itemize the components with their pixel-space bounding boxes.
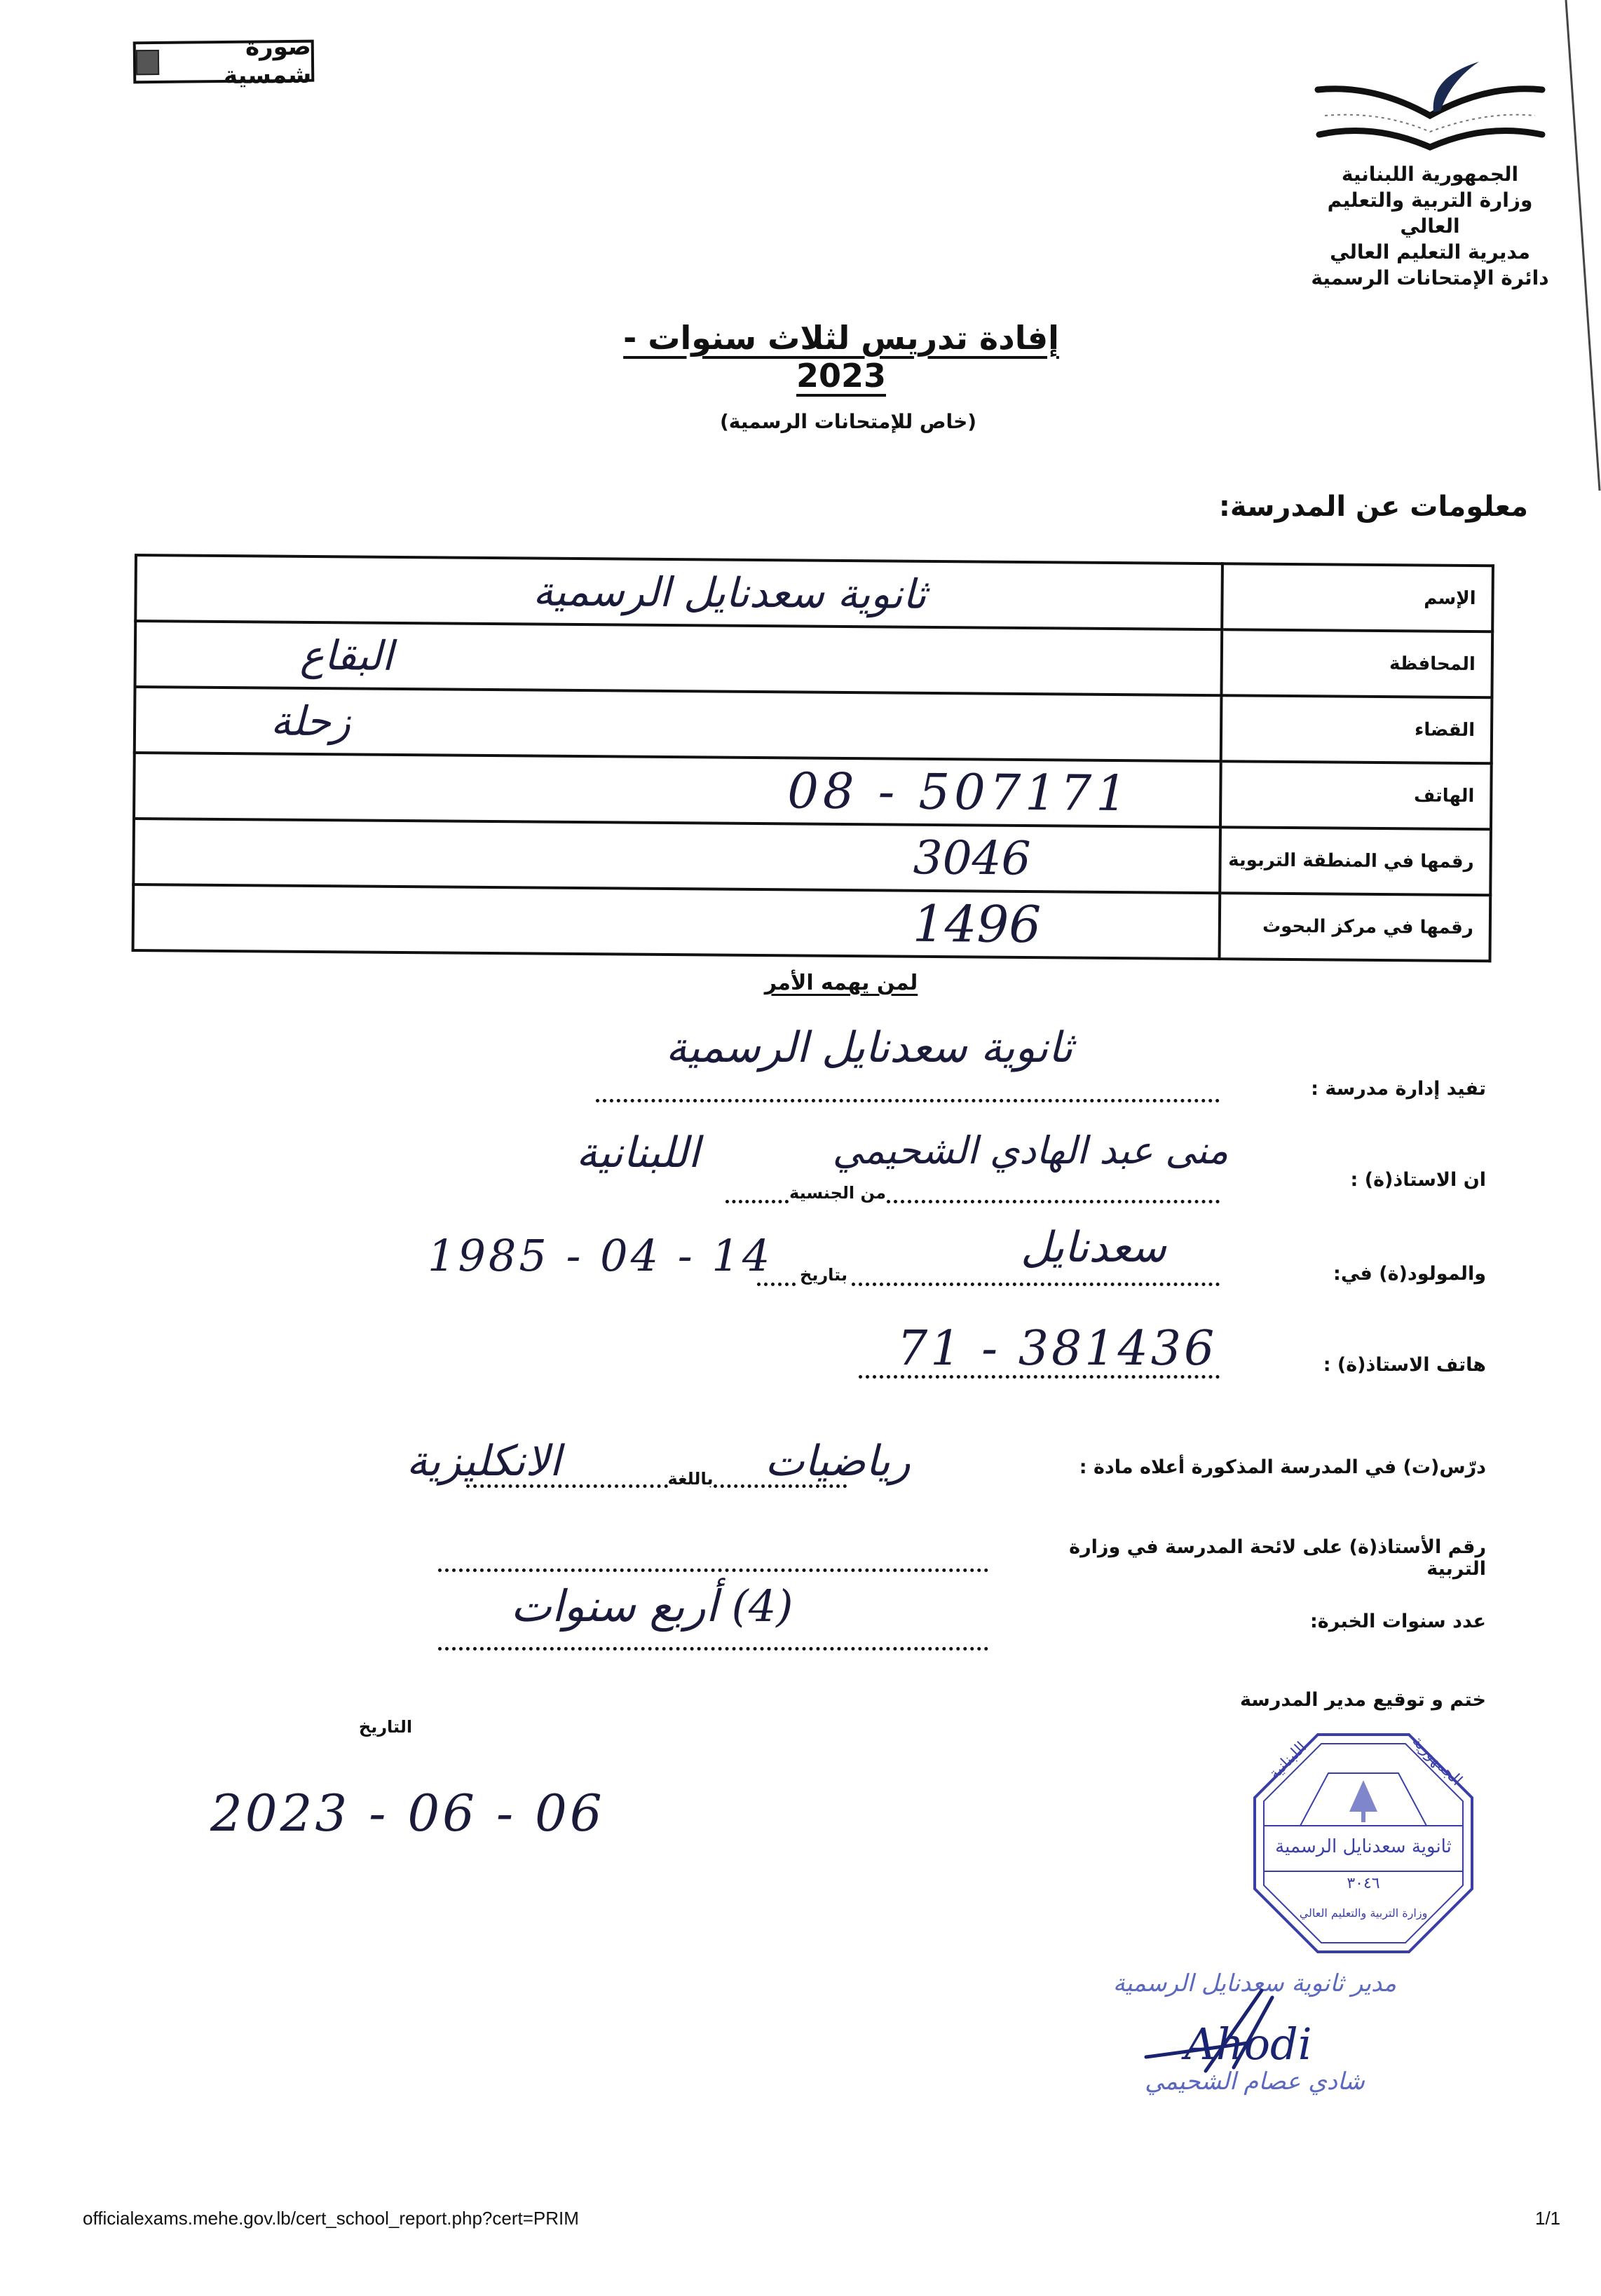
date-label: التاريخ: [336, 1717, 435, 1737]
birth-date-value: 1985 - 04 - 14: [428, 1230, 772, 1281]
nationality-dotted-line: [725, 1200, 789, 1203]
stamp-text-bottom: وزارة التربية والتعليم العالي: [1279, 1906, 1447, 1920]
birth-date-label: بتاريخ: [792, 1265, 855, 1285]
teacher-name-dotted-line: [887, 1200, 1220, 1203]
nationality-label: من الجنسية: [785, 1183, 890, 1203]
ministry-number-label: رقم الأستاذ(ة) على لائحة المدرسة في وزار…: [1016, 1536, 1486, 1580]
school-name-value: ثانوية سعدنايل الرسمية: [135, 555, 1222, 629]
table-row: 1496 رقمها في مركز البحوث: [133, 884, 1491, 961]
table-row: زحلة القضاء: [135, 687, 1492, 763]
school-stamp: اللبنانية الجمهورية ثانوية سعدنايل الرسم…: [1251, 1731, 1476, 1955]
table-row: البقاع المحافظة: [135, 621, 1493, 697]
governorate-value: البقاع: [135, 621, 1222, 695]
photo-box-label: صورة شمسية: [163, 33, 312, 90]
ministry-number-dotted-line: [438, 1569, 988, 1572]
stamp-signature-label: ختم و توقيع مدير المدرسة: [1192, 1689, 1486, 1711]
teacher-phone-label: هاتف الاستاذ(ة) :: [1192, 1354, 1486, 1376]
header-line-department: دائرة الإمتحانات الرسمية: [1304, 265, 1556, 291]
ministry-header: الجمهورية اللبنانية وزارة التربية والتعل…: [1304, 161, 1556, 291]
teacher-name-value: منى عبد الهادي الشحيمي: [813, 1128, 1248, 1173]
experience-value: (4) أربع سنوات: [407, 1580, 897, 1632]
page-edge-shadow: [1559, 0, 1601, 491]
document-subtitle: (خاص للإمتحانات الرسمية): [701, 410, 995, 433]
to-whom-it-may-concern: لمن يهمه الأمر: [701, 971, 981, 995]
teacher-phone-value: 71 - 381436: [897, 1321, 1217, 1376]
district-value: زحلة: [135, 687, 1222, 761]
language-value: الانكليزية: [294, 1437, 673, 1486]
school-admin-value: ثانوية سعدنايل الرسمية: [547, 1023, 1192, 1072]
table-row: 3046 رقمها في المنطقة التربوية: [133, 819, 1491, 895]
date-value: 2023 - 06 - 06: [210, 1784, 605, 1843]
school-phone-value: 08 - 507171: [134, 753, 1221, 827]
header-line-directorate: مديرية التعليم العالي: [1304, 239, 1556, 265]
birth-date-dotted-line: [757, 1283, 796, 1286]
school-name-label: الإسم: [1222, 563, 1493, 631]
regional-number-label: رقمها في المنطقة التربوية: [1220, 827, 1491, 895]
governorate-label: المحافظة: [1221, 629, 1492, 697]
experience-label: عدد سنوات الخبرة:: [1192, 1611, 1486, 1632]
document-title: إفادة تدريس لثلاث سنوات - 2023: [603, 319, 1079, 395]
regional-number-value: 3046: [133, 819, 1220, 893]
table-row: ثانوية سعدنايل الرسمية الإسم: [135, 555, 1493, 631]
birth-place-label: والمولود(ة) في:: [1192, 1263, 1486, 1285]
birth-place-value: سعدنايل: [953, 1223, 1234, 1272]
stamp-text-center: ثانوية سعدنايل الرسمية: [1265, 1836, 1462, 1857]
subject-value: رياضيات: [715, 1437, 960, 1486]
school-phone-label: الهاتف: [1220, 761, 1492, 829]
school-info-heading: معلومات عن المدرسة:: [1192, 491, 1528, 523]
signature-mark: Ahodi: [1185, 2018, 1312, 2070]
stamp-text-number: ٣٠٤٦: [1265, 1875, 1462, 1892]
language-label: باللغة: [666, 1469, 715, 1489]
photo-placeholder-box: صورة شمسية: [133, 40, 315, 84]
school-info-table: ثانوية سعدنايل الرسمية الإسم البقاع المح…: [132, 554, 1494, 962]
director-name: شادي عصام الشحيمي: [1115, 2068, 1395, 2096]
footer-page-number: 1/1: [1535, 2208, 1560, 2229]
district-label: القضاء: [1221, 695, 1492, 763]
research-center-number-label: رقمها في مركز البحوث: [1220, 893, 1491, 961]
school-admin-label: تفيد إدارة مدرسة :: [1192, 1078, 1486, 1100]
nationality-value: اللبنانية: [484, 1128, 792, 1177]
research-center-number-value: 1496: [133, 884, 1220, 959]
ministry-logo-book-quill-icon: [1311, 56, 1549, 154]
experience-dotted-line: [438, 1647, 988, 1651]
header-line-ministry: وزارة التربية والتعليم العالي: [1304, 187, 1556, 239]
taught-subject-label: درّس(ت) في المدرسة المذكورة أعلاه مادة :: [1016, 1456, 1486, 1478]
photo-icon: [136, 50, 160, 75]
director-signature-area: مدير ثانوية سعدنايل الرسمية Ahodi شادي ع…: [1072, 1962, 1437, 2103]
footer-url: officialexams.mehe.gov.lb/cert_school_re…: [83, 2208, 579, 2229]
table-row: 08 - 507171 الهاتف: [134, 753, 1492, 829]
school-admin-dotted-line: [596, 1099, 1220, 1102]
birth-place-dotted-line: [852, 1283, 1220, 1286]
header-line-republic: الجمهورية اللبنانية: [1304, 161, 1556, 187]
